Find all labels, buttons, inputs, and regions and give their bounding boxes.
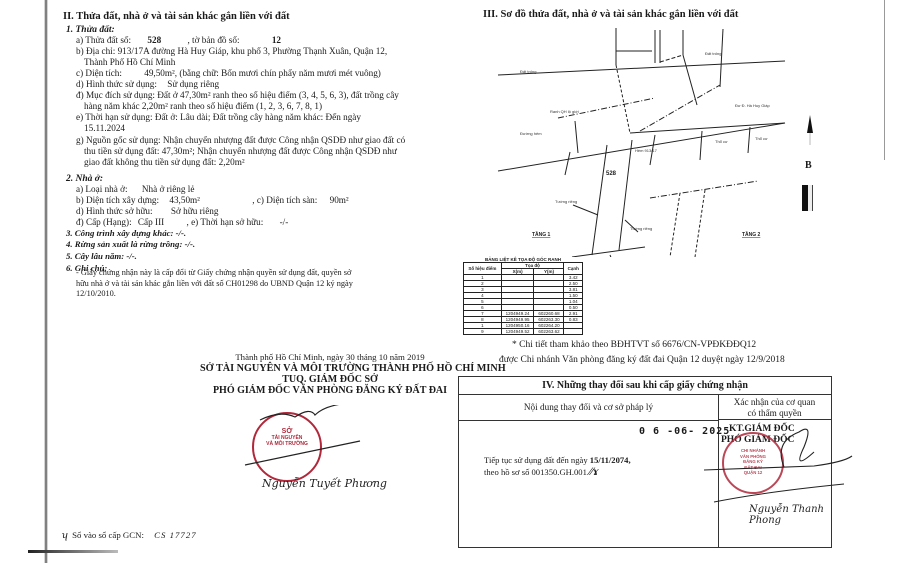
forest: 4. Rừng sản xuất là rừng trồng: -/-. <box>66 239 446 250</box>
parcel-label: a) Thửa đất số: <box>76 35 131 45</box>
use-form-row: d) Hình thức sử dụng: Sử dụng riêng <box>66 79 446 90</box>
col-confirm-header-2: có thẩm quyền <box>718 408 831 419</box>
parcel-diagram: Đất trống Đất trống Ranh QH lộ giới Đườn… <box>480 25 820 257</box>
x-cell: 1204949.24 <box>501 311 534 317</box>
own-term-value: -/- <box>280 217 289 227</box>
build-area-value: 43,50m² <box>169 195 200 205</box>
x-cell: 1204950.16 <box>501 323 534 329</box>
term-line-1: e) Thời hạn sử dụng: Đất ở: Lâu dài; Đất… <box>66 112 446 123</box>
signature-scribble-right <box>704 422 854 512</box>
ownership-value: Sở hữu riêng <box>171 206 219 216</box>
map-sheet-label: , tờ bản đồ số: <box>187 35 239 45</box>
coord-header-point: Số hiệu điểm <box>464 263 502 275</box>
signer-name-right: Nguyễn Thanh Phong <box>749 504 831 526</box>
signer-name-left: Nguyễn Tuyết Phương <box>262 477 387 490</box>
registry-value: CS 17727 <box>154 530 196 540</box>
house-type-value: Nhà ở riêng lẻ <box>142 184 195 194</box>
house-type-row: a) Loại nhà ở: Nhà ở riêng lẻ <box>66 184 446 195</box>
col-confirm-header-1: Xác nhận của cơ quan <box>718 397 831 408</box>
origin-line-3: giao đất không thu tiền sử dụng đất: 2,2… <box>66 157 446 168</box>
y-cell: 602263.30 <box>534 317 564 323</box>
label-vacant-2: Đất trống <box>705 51 721 56</box>
grade-row: đ) Cấp (Hạng): Cấp III , e) Thời hạn sở … <box>66 217 446 228</box>
label-planning-line: Ranh QH lộ giới <box>550 109 579 114</box>
section-4-title: IV. Những thay đổi sau khi cấp giấy chứn… <box>459 377 831 395</box>
registry-label: Sổ vào sổ cấp GCN: <box>72 530 144 540</box>
parcel-no: 528 <box>147 35 161 45</box>
own-term-label: , e) Thời hạn sở hữu: <box>187 217 264 227</box>
page-fold-line <box>884 0 885 160</box>
signer-position: PHÓ GIÁM ĐỐC VĂN PHÒNG ĐĂNG KÝ ĐẤT ĐAI <box>200 385 460 396</box>
initial-mark-icon: ⁄⁄ɤ <box>589 464 599 478</box>
floor-area-value: 90m² <box>330 195 349 205</box>
house-heading: 2. Nhà ở: <box>66 174 446 184</box>
label-floor-1: TẦNG 1 <box>532 231 551 238</box>
edge-cell <box>564 329 583 335</box>
north-arrow-icon <box>806 115 816 133</box>
initial-mark-icon: ʮ <box>62 529 68 541</box>
change-line-2: theo hồ sơ số 001350.GH.001 ⁄⁄ɤ <box>484 466 599 478</box>
origin-line-2: thu tiền sử dụng đất: 47,30m²; Nhận chuy… <box>66 146 446 157</box>
purpose-line-2: hàng năm khác 2,20m² ranh theo số hiệu đ… <box>66 101 446 112</box>
section-2: II. Thửa đất, nhà ở và tài sản khác gắn … <box>63 11 290 22</box>
signature-block-left: Thành phố Hồ Chí Minh, ngày 30 tháng 10 … <box>200 352 460 396</box>
label-residential-2: Thổ cư <box>755 136 768 141</box>
x-cell: 1204949.95 <box>501 317 534 323</box>
registry-row: ʮ Sổ vào sổ cấp GCN: CS 17727 <box>62 530 197 541</box>
label-parcel-no: 528 <box>606 171 617 177</box>
point-cell: 9 <box>464 329 502 335</box>
scan-edge <box>0 0 48 563</box>
y-cell: 602264.20 <box>534 323 564 329</box>
col-confirm-header: Xác nhận của cơ quan có thẩm quyền <box>718 395 831 420</box>
house-block: 2. Nhà ở: a) Loại nhà ở: Nhà ở riêng lẻ … <box>66 174 446 274</box>
notes-line-1: - Giấy chứng nhận này là cấp đổi từ Giấy… <box>76 268 456 279</box>
purpose-line-1: đ) Mục đích sử dụng: Đất ở 47,30m² ranh … <box>66 90 446 101</box>
col-changes-header: Nội dung thay đổi và cơ sở pháp lý <box>459 395 718 421</box>
area-label: c) Diện tích: <box>76 68 122 78</box>
coord-table: Số hiệu điểm Tọa độ Cạnh X(m) Y(m) 13.42… <box>463 262 583 335</box>
signature-scribble-left <box>240 405 380 485</box>
reference-line-2: được Chi nhánh Văn phòng đăng ký đất đai… <box>499 355 785 365</box>
section-4-box: IV. Những thay đổi sau khi cấp giấy chứn… <box>458 376 832 548</box>
map-sheet-no: 12 <box>272 35 281 45</box>
tuq-title: TUQ. GIÁM ĐỐC SỞ <box>200 374 460 385</box>
label-floor-2: TẦNG 2 <box>742 231 761 238</box>
land-heading: 1. Thửa đất: <box>66 25 446 35</box>
north-label: B <box>805 160 812 171</box>
area-row: c) Diện tích: 49,50m², (bằng chữ: Bốn mư… <box>66 68 446 79</box>
y-cell: 602263.62 <box>534 329 564 335</box>
build-area-row: b) Diện tích xây dựng: 43,50m² , c) Diện… <box>66 195 446 206</box>
build-area-label: b) Diện tích xây dựng: <box>76 195 159 205</box>
address-line-1: b) Địa chỉ: 913/17A đường Hà Huy Giáp, k… <box>66 46 446 57</box>
area-value: 49,50m², (bằng chữ: Bốn mươi chín phẩy n… <box>144 68 381 78</box>
address-line-2: Thành Phố Hồ Chí Minh <box>66 57 446 68</box>
label-street: Đư Đ. Hà Huy Giáp <box>735 103 770 108</box>
coord-header-edge: Cạnh <box>564 263 583 275</box>
use-form-label: d) Hình thức sử dụng: <box>76 79 157 89</box>
section-2-title: II. Thửa đất, nhà ở và tài sản khác gắn … <box>63 11 290 22</box>
grade-value: Cấp III <box>138 217 164 227</box>
table-row: 91204949.52602263.62 <box>464 329 583 335</box>
scale-bar-icon <box>802 185 812 211</box>
house-type-label: a) Loại nhà ở: <box>76 184 128 194</box>
label-wall-1: Tường riêng <box>555 199 577 204</box>
grade-label: đ) Cấp (Hạng): <box>76 217 132 227</box>
place-date: Thành phố Hồ Chí Minh, ngày 30 tháng 10 … <box>200 352 460 363</box>
ownership-row: d) Hình thức sở hữu: Sở hữu riêng <box>66 206 446 217</box>
x-cell: 1204949.52 <box>501 329 534 335</box>
section-3-title: III. Sơ đồ thửa đất, nhà ở và tài sản kh… <box>483 9 738 20</box>
label-road: Đường hẻm <box>520 131 542 136</box>
change-file-no: theo hồ sơ số 001350.GH.001 <box>484 467 587 477</box>
term-line-2: 15.11.2024 <box>66 123 446 134</box>
reference-line-1: * Chi tiết tham khảo theo BĐHTVT số 6676… <box>512 340 756 350</box>
parcel-row: a) Thửa đất số: 528 , tờ bản đồ số: 12 <box>66 35 446 46</box>
notes-block: - Giấy chứng nhận này là cấp đổi từ Giấy… <box>76 268 456 300</box>
change-text: Tiếp tục sử dụng đất đến ngày <box>484 455 590 465</box>
label-vacant-1: Đất trống <box>520 69 536 74</box>
other-works: 3. Công trình xây dựng khác: -/-. <box>66 228 446 239</box>
scan-edge-bottom <box>28 550 118 553</box>
label-wall-2: Tường riêng <box>630 226 652 231</box>
issuing-org: SỞ TÀI NGUYÊN VÀ MÔI TRƯỜNG THÀNH PHỐ HỒ… <box>200 363 460 374</box>
notes-line-3: 12/10/2010. <box>76 289 456 300</box>
change-line-1: Tiếp tục sử dụng đất đến ngày 15/11/2074… <box>484 455 631 466</box>
land-block: 1. Thửa đất: a) Thửa đất số: 528 , tờ bả… <box>66 25 446 168</box>
perennial: 5. Cây lâu năm: -/-. <box>66 250 446 262</box>
origin-line-1: g) Nguồn gốc sử dụng: Nhận chuyển nhượng… <box>66 135 446 146</box>
notes-line-2: hữu nhà ở và tài sản khác gắn liền với đ… <box>76 279 456 290</box>
use-form-value: Sử dụng riêng <box>167 79 219 89</box>
ownership-label: d) Hình thức sở hữu: <box>76 206 153 216</box>
y-cell: 602260.68 <box>534 311 564 317</box>
label-hem: Hẻm 913/17 <box>635 148 658 153</box>
label-residential-1: Thổ cư <box>715 139 728 144</box>
coord-table-block: BẢNG LIỆT KÊ TỌA ĐỘ GÓC RANH Số hiệu điể… <box>463 257 583 335</box>
floor-area-label: , c) Diện tích sàn: <box>252 195 317 205</box>
